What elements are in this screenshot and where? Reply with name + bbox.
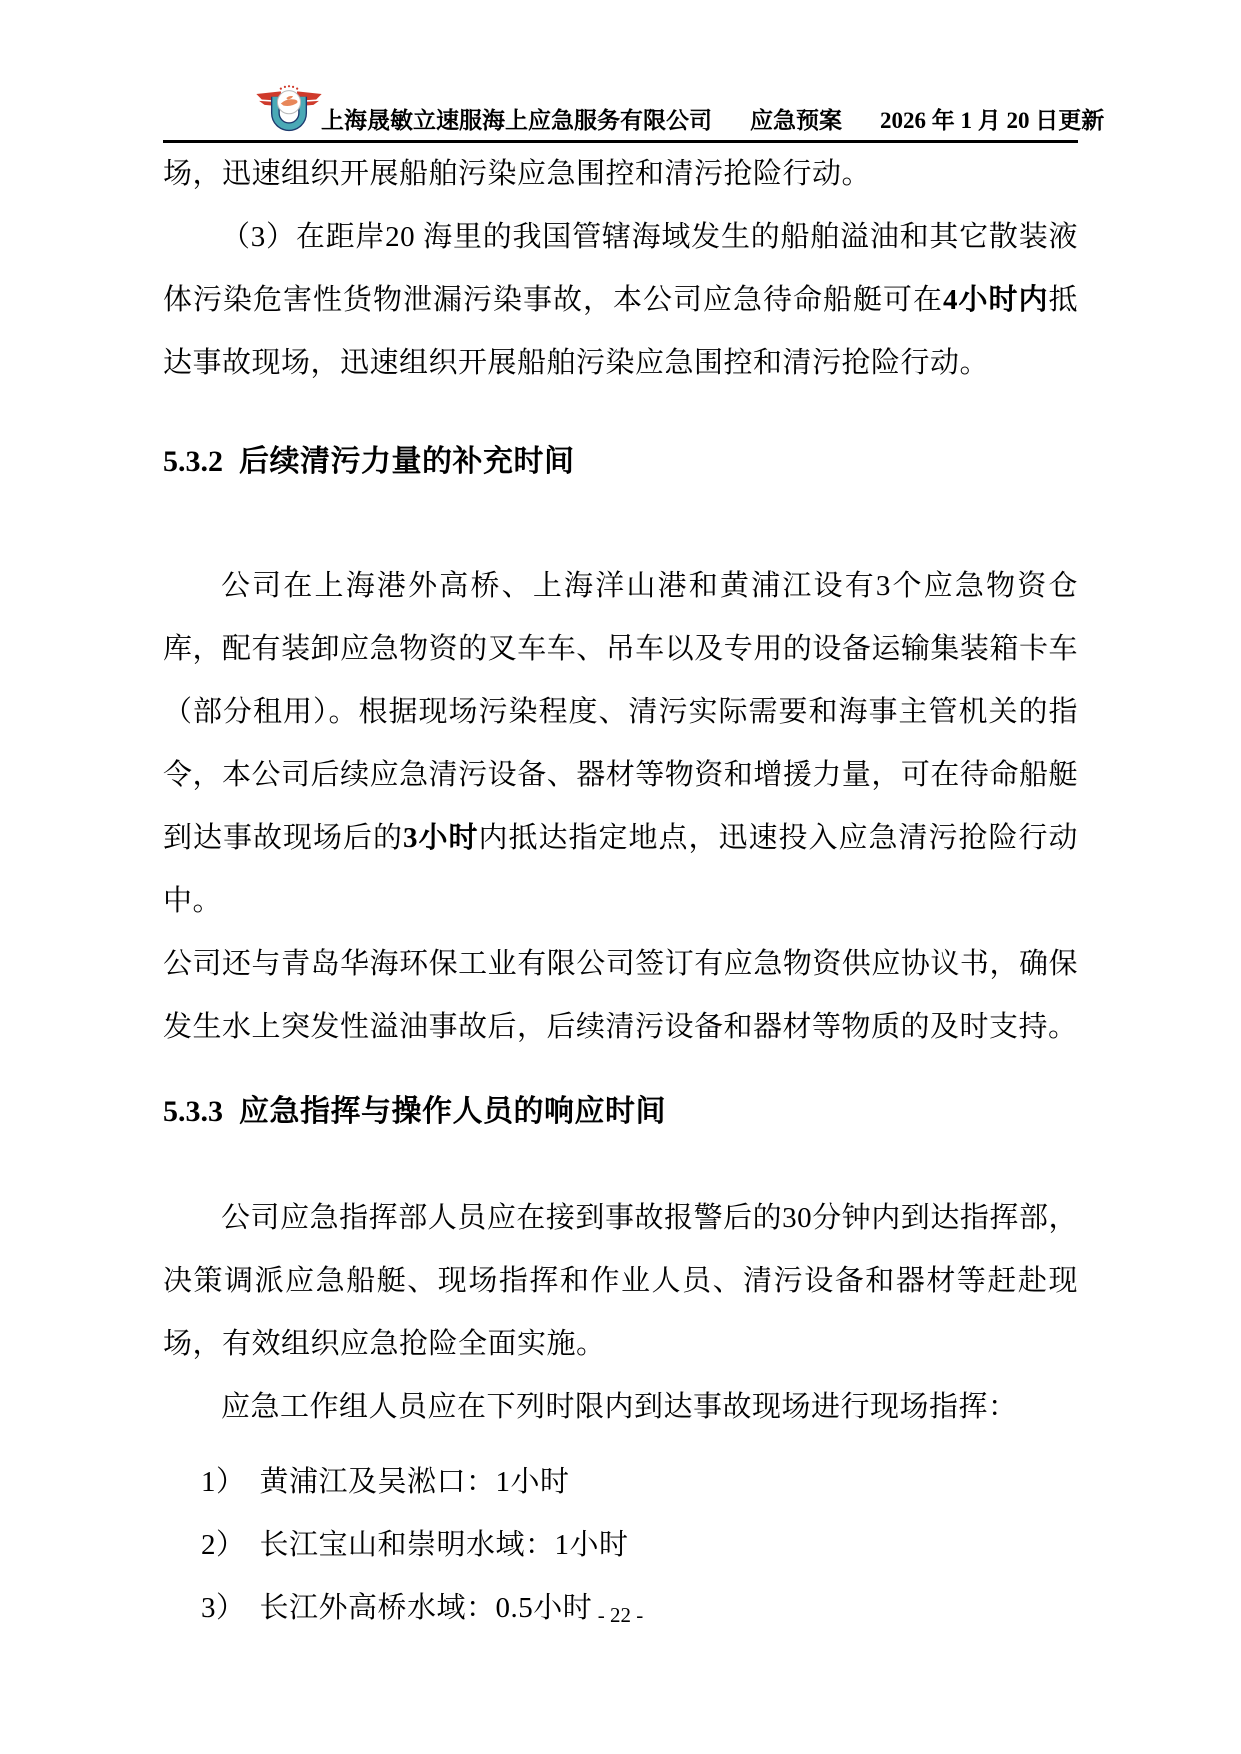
paragraph-offshore-20nm: （3）在距岸20 海里的我国管辖海域发生的船舶溢油和其它散装液体污染危害性货物泄… (163, 206, 1078, 395)
paragraph-qingdao-agreement: 公司还与青岛华海环保工业有限公司签订有应急物资供应协议书，确保发生水上突发性溢油… (163, 933, 1078, 1059)
paragraph-continuation: 场，迅速组织开展船舶污染应急围控和清污抢险行动。 (163, 143, 1078, 206)
list-item-text: 长江宝山和崇明水域：1小时 (260, 1529, 629, 1561)
page-header: 上海晟敏立速服海上应急服务有限公司 应急预案 2026 年 1 月 20 日更新 (163, 0, 1078, 143)
section-number: 5.3.2 (163, 445, 223, 478)
bold-3-hours: 3小时 (403, 822, 479, 854)
header-company-name: 上海晟敏立速服海上应急服务有限公司 (321, 102, 712, 135)
list-item-number: 1） (201, 1451, 246, 1514)
header-updated-date: 2026 年 1 月 20 日更新 (880, 102, 1104, 135)
section-heading-5-3-2: 5.3.2后续清污力量的补充时间 (163, 439, 1078, 485)
page-footer: - 22 - (0, 1603, 1241, 1628)
paragraph-command-staff: 公司应急指挥部人员应在接到事故报警后的30分钟内到达指挥部，决策调派应急船艇、现… (163, 1187, 1078, 1376)
section-title: 后续清污力量的补充时间 (239, 445, 575, 478)
header-doc-label: 应急预案 (750, 102, 842, 135)
document-body: 场，迅速组织开展船舶污染应急围控和清污抢险行动。 （3）在距岸20 海里的我国管… (163, 143, 1078, 1640)
page-number: - 22 - (598, 1603, 644, 1627)
section-number: 5.3.3 (163, 1095, 223, 1128)
section-title: 应急指挥与操作人员的响应时间 (239, 1095, 666, 1128)
paragraph-worklist-intro: 应急工作组人员应在下列时限内到达事故现场进行现场指挥： (163, 1376, 1078, 1439)
section-heading-5-3-3: 5.3.3应急指挥与操作人员的响应时间 (163, 1089, 1078, 1135)
list-item-text: 黄浦江及吴淞口：1小时 (260, 1466, 570, 1498)
list-item-number: 2） (201, 1514, 246, 1577)
bold-4-hours: 4小时内 (943, 284, 1049, 316)
list-item: 2）长江宝山和崇明水域：1小时 (201, 1514, 1078, 1577)
company-logo-icon (255, 84, 323, 134)
header-text-row: 上海晟敏立速服海上应急服务有限公司 应急预案 2026 年 1 月 20 日更新 (321, 102, 1078, 135)
paragraph-warehouses: 公司在上海港外高桥、上海洋山港和黄浦江设有3个应急物资仓库，配有装卸应急物资的叉… (163, 555, 1078, 933)
list-item: 1）黄浦江及吴淞口：1小时 (201, 1451, 1078, 1514)
document-page: 上海晟敏立速服海上应急服务有限公司 应急预案 2026 年 1 月 20 日更新… (0, 0, 1241, 1754)
